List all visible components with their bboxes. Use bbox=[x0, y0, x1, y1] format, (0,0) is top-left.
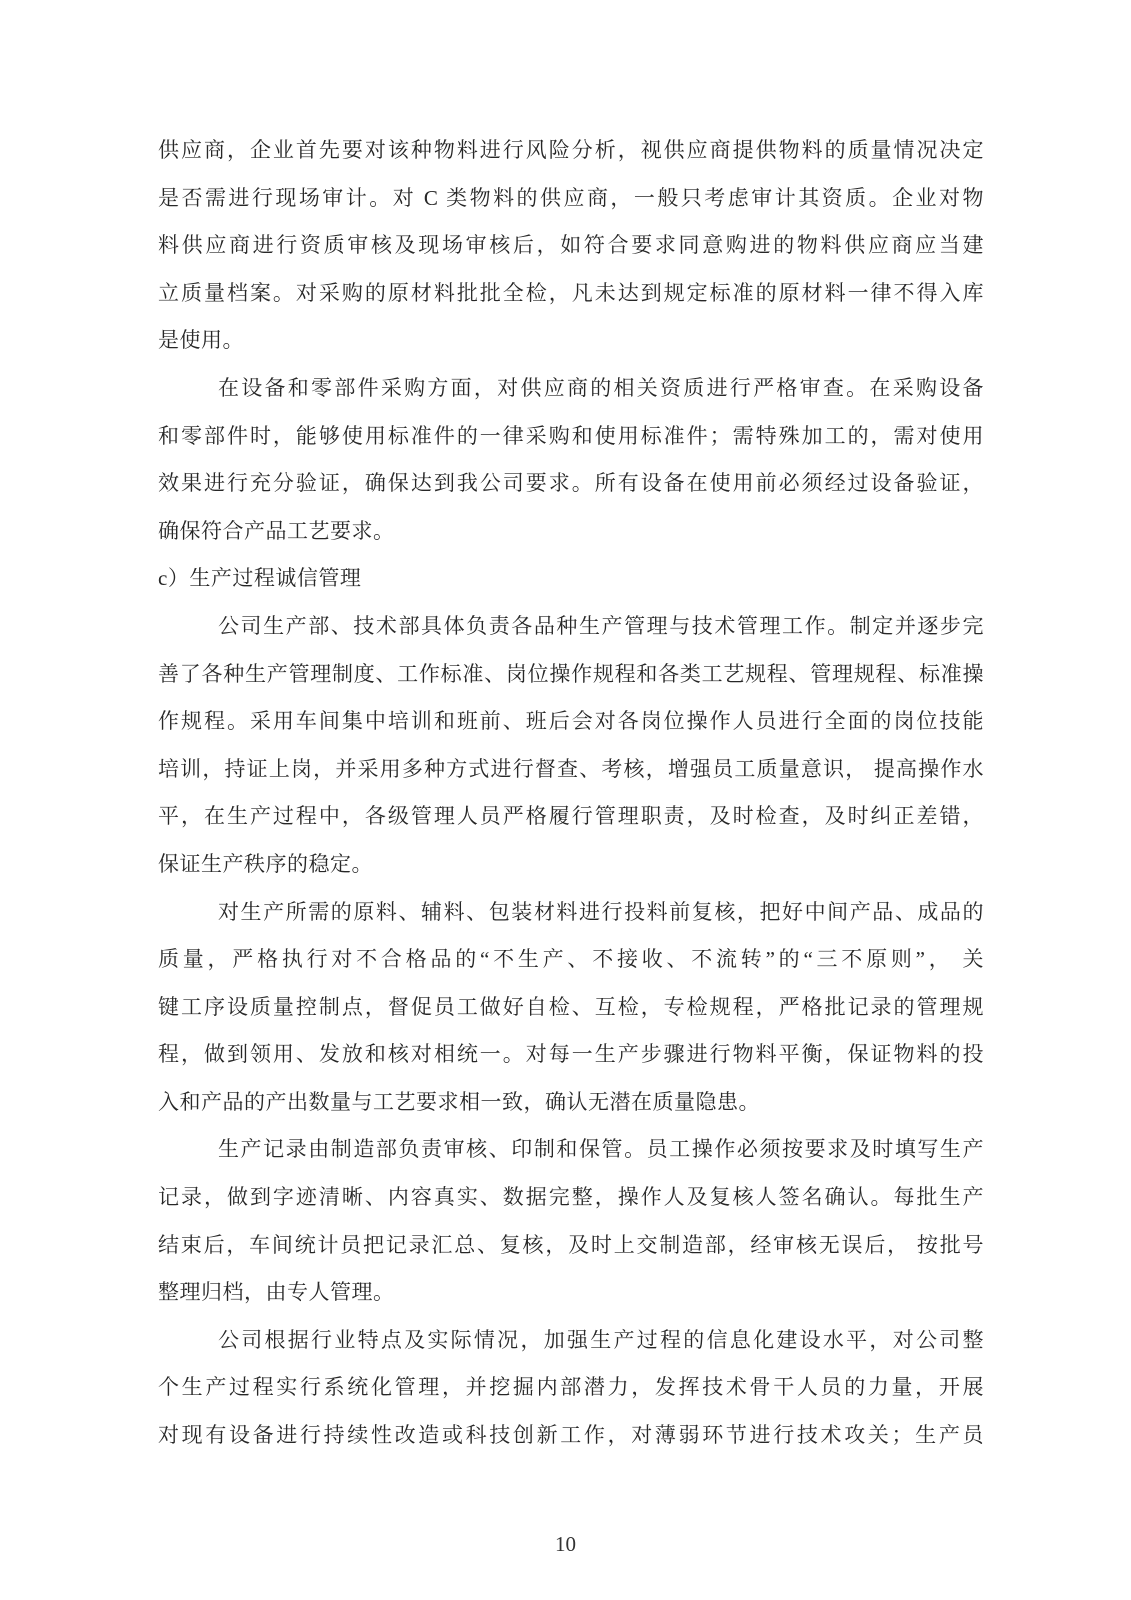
text-line: 公司生产部、技术部具体负责各品种生产管理与技术管理工作。制定并逐步完 bbox=[158, 603, 984, 651]
text-line: 在设备和零部件采购方面，对供应商的相关资质进行严格审查。在采购设备 bbox=[158, 365, 984, 413]
text-line: 质量，严格执行对不合格品的“不生产、不接收、不流转”的“三不原则”， 关 bbox=[158, 936, 984, 984]
text-line: 对生产所需的原料、辅料、包装材料进行投料前复核，把好中间产品、成品的 bbox=[158, 889, 984, 937]
text-line: 键工序设质量控制点，督促员工做好自检、互检，专检规程，严格批记录的管理规 bbox=[158, 984, 984, 1032]
page-number: 10 bbox=[0, 1531, 1131, 1557]
text-line: 善了各种生产管理制度、工作标准、岗位操作规程和各类工艺规程、管理规程、标准操 bbox=[158, 651, 984, 699]
text-line: 公司根据行业特点及实际情况，加强生产过程的信息化建设水平，对公司整 bbox=[158, 1317, 984, 1365]
text-line: 料供应商进行资质审核及现场审核后，如符合要求同意购进的物料供应商应当建 bbox=[158, 222, 984, 270]
text-line: 对现有设备进行持续性改造或科技创新工作，对薄弱环节进行技术攻关；生产员 bbox=[158, 1412, 984, 1460]
text-line: 立质量档案。对采购的原材料批批全检，凡未达到规定标准的原材料一律不得入库 bbox=[158, 270, 984, 318]
text-line: 入和产品的产出数量与工艺要求相一致，确认无潜在质量隐患。 bbox=[158, 1079, 984, 1127]
text-line: 平，在生产过程中，各级管理人员严格履行管理职责，及时检查，及时纠正差错， bbox=[158, 793, 984, 841]
text-line: 确保符合产品工艺要求。 bbox=[158, 508, 984, 556]
text-line: 是使用。 bbox=[158, 317, 984, 365]
text-line: 是否需进行现场审计。对 C 类物料的供应商，一般只考虑审计其资质。企业对物 bbox=[158, 175, 984, 223]
text-line: 程，做到领用、发放和核对相统一。对每一生产步骤进行物料平衡，保证物料的投 bbox=[158, 1031, 984, 1079]
text-line: 和零部件时，能够使用标准件的一律采购和使用标准件；需特殊加工的，需对使用 bbox=[158, 413, 984, 461]
text-line: 培训，持证上岗，并采用多种方式进行督查、考核，增强员工质量意识， 提高操作水 bbox=[158, 746, 984, 794]
text-line: 效果进行充分验证，确保达到我公司要求。所有设备在使用前必须经过设备验证， bbox=[158, 460, 984, 508]
text-line: 个生产过程实行系统化管理，并挖掘内部潜力，发挥技术骨干人员的力量，开展 bbox=[158, 1364, 984, 1412]
text-line: 结束后，车间统计员把记录汇总、复核，及时上交制造部，经审核无误后， 按批号 bbox=[158, 1222, 984, 1270]
text-line: 记录，做到字迹清晰、内容真实、数据完整，操作人及复核人签名确认。每批生产 bbox=[158, 1174, 984, 1222]
text-line: 生产记录由制造部负责审核、印制和保管。员工操作必须按要求及时填写生产 bbox=[158, 1126, 984, 1174]
text-line: 保证生产秩序的稳定。 bbox=[158, 841, 984, 889]
text-body: 供应商，企业首先要对该种物料进行风险分析，视供应商提供物料的质量情况决定 是否需… bbox=[158, 127, 984, 1460]
section-heading: c）生产过程诚信管理 bbox=[158, 555, 984, 603]
text-line: 供应商，企业首先要对该种物料进行风险分析，视供应商提供物料的质量情况决定 bbox=[158, 127, 984, 175]
document-page: 供应商，企业首先要对该种物料进行风险分析，视供应商提供物料的质量情况决定 是否需… bbox=[0, 0, 1131, 1600]
text-line: 整理归档，由专人管理。 bbox=[158, 1269, 984, 1317]
text-line: 作规程。采用车间集中培训和班前、班后会对各岗位操作人员进行全面的岗位技能 bbox=[158, 698, 984, 746]
